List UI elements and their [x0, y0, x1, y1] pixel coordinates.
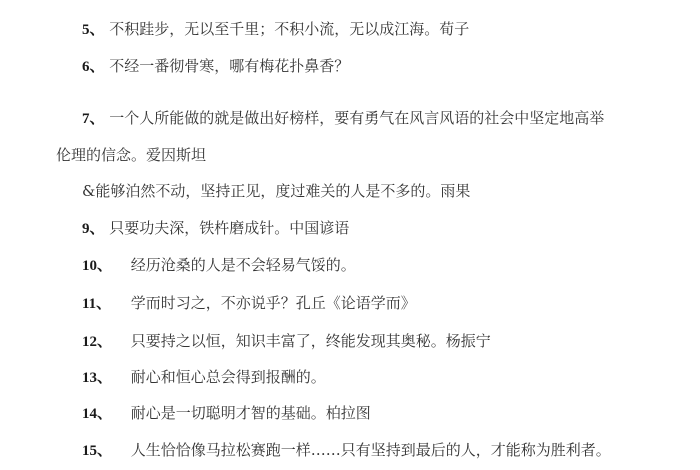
quote-line-6: 6、 不经一番彻骨寒，哪有梅花扑鼻香？ — [82, 57, 349, 76]
quote-text: 学而时习之，不亦说乎？孔丘《论语学而》 — [131, 294, 416, 312]
quote-line-9: 9、 只要功夫深，铁杵磨成针。中国谚语 — [82, 219, 349, 238]
quote-text: 经历沧桑的人是不会轻易气馁的。 — [131, 256, 356, 274]
quote-text: 不积跬步，无以至千里；不积小流，无以成江海。荀子 — [109, 20, 469, 38]
quote-line-14: 14、 耐心是一切聪明才智的基础。柏拉图 — [82, 404, 371, 423]
quote-text: 伦理的信念。爱因斯坦 — [56, 146, 206, 164]
quote-line-12: 12、 只要持之以恒，知识丰富了，终能发现其奥秘。杨振宁 — [82, 332, 491, 351]
quote-line-7-continued: 伦理的信念。爱因斯坦 — [56, 146, 206, 164]
item-number: 13、 — [82, 369, 126, 387]
quote-text: 不经一番彻骨寒，哪有梅花扑鼻香？ — [109, 57, 349, 75]
quote-line-8: &能够泊然不动，坚持正见，度过难关的人是不多的。雨果 — [82, 182, 470, 200]
quote-text: &能够泊然不动，坚持正见，度过难关的人是不多的。雨果 — [82, 182, 470, 200]
item-number: 10、 — [82, 257, 126, 275]
quote-text: 一个人所能做的就是做出好榜样，要有勇气在风言风语的社会中坚定地高举 — [109, 109, 604, 127]
item-number: 14、 — [82, 405, 126, 423]
quote-text: 人生恰恰像马拉松赛跑一样……只有坚持到最后的人，才能称为胜利者。 — [131, 441, 611, 459]
quote-line-13: 13、 耐心和恒心总会得到报酬的。 — [82, 368, 326, 387]
item-number: 5、 — [82, 22, 105, 38]
quote-line-5: 5、 不积跬步，无以至千里；不积小流，无以成江海。荀子 — [82, 20, 469, 39]
quote-text: 耐心是一切聪明才智的基础。柏拉图 — [131, 404, 371, 422]
quote-line-10: 10、 经历沧桑的人是不会轻易气馁的。 — [82, 256, 356, 275]
item-number: 6、 — [82, 59, 105, 75]
quote-text: 只要功夫深，铁杵磨成针。中国谚语 — [109, 219, 349, 237]
quote-line-11: 11、 学而时习之，不亦说乎？孔丘《论语学而》 — [82, 294, 416, 313]
item-number: 11、 — [82, 295, 126, 313]
item-number: 9、 — [82, 221, 105, 237]
quote-line-7: 7、 一个人所能做的就是做出好榜样，要有勇气在风言风语的社会中坚定地高举 — [82, 109, 604, 128]
quote-line-15: 15、 人生恰恰像马拉松赛跑一样……只有坚持到最后的人，才能称为胜利者。 — [82, 441, 611, 460]
item-number: 15、 — [82, 442, 126, 460]
item-number: 7、 — [82, 111, 105, 127]
quote-text: 只要持之以恒，知识丰富了，终能发现其奥秘。杨振宁 — [131, 332, 491, 350]
document-page: 5、 不积跬步，无以至千里；不积小流，无以成江海。荀子 6、 不经一番彻骨寒，哪… — [0, 0, 700, 470]
quote-text: 耐心和恒心总会得到报酬的。 — [131, 368, 326, 386]
item-number: 12、 — [82, 333, 126, 351]
